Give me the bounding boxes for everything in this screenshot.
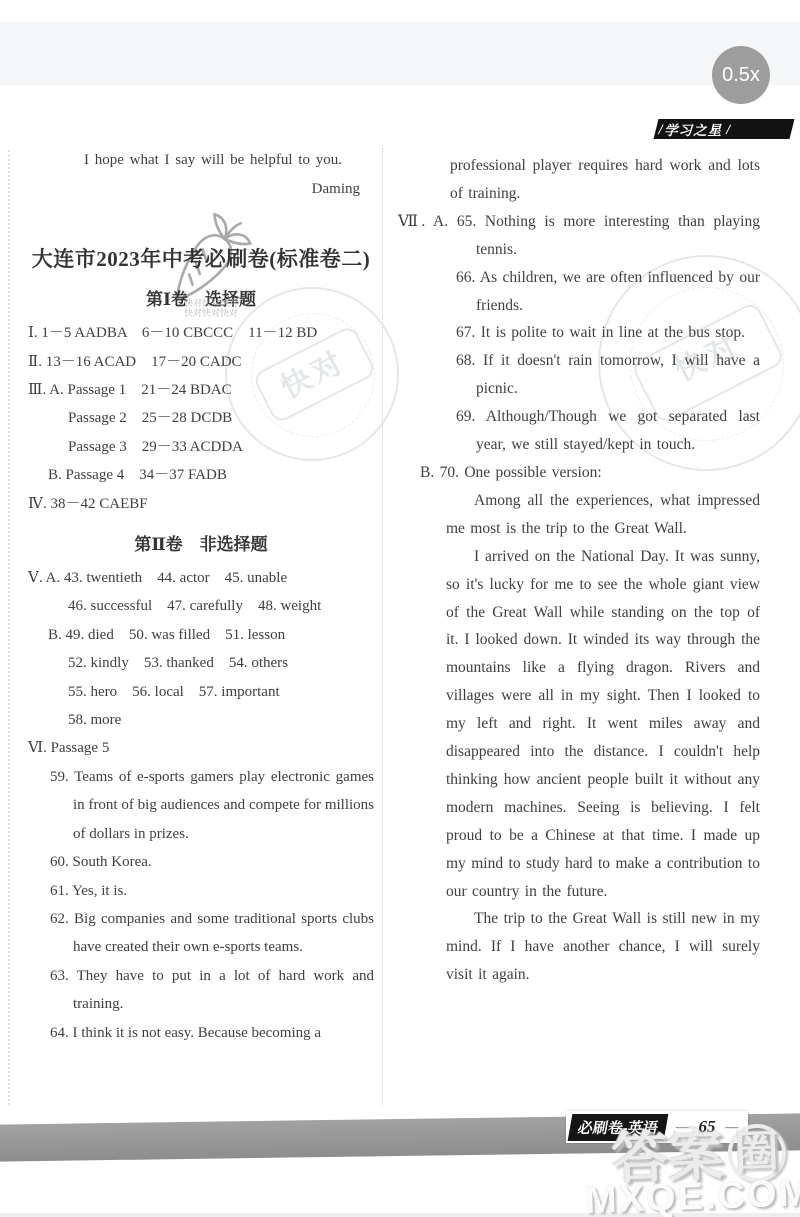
intro-paragraph: I hope what I say will be helpful to you…	[28, 146, 374, 175]
site-watermark: MXQE.COM	[584, 1172, 800, 1217]
section-heading-part2: 第Ⅱ卷 非选择题	[28, 532, 374, 558]
answer-line: 64. I think it is not easy. Because beco…	[28, 1019, 374, 1047]
answer-block-right: professional player requires hard work a…	[398, 152, 760, 989]
right-column: professional player requires hard work a…	[398, 152, 760, 989]
answer-line: 69. Although/Though we got separated las…	[398, 403, 760, 459]
left-column: I hope what I say will be helpful to you…	[28, 146, 374, 1047]
answer-line: 67. It is polite to wait in line at the …	[398, 319, 760, 347]
answer-line: 52. kindly 53. thanked 54. others	[28, 649, 374, 677]
answer-line: Ⅶ. A. 65. Nothing is more interesting th…	[398, 208, 760, 264]
answer-line: 55. hero 56. local 57. important	[28, 678, 374, 706]
answer-line: I arrived on the National Day. It was su…	[398, 543, 760, 906]
answer-line: Passage 2 25－28 DCDB	[28, 404, 374, 432]
answer-line: Ⅰ. 1－5 AADBA 6－10 CBCCC 11－12 BD	[28, 319, 374, 347]
scanned-answer-page: 0.5x / 学习之星 / 快对 快对 快对快对快对 快对快对快对 I hop	[0, 0, 800, 1217]
answer-line: 59. Teams of e-sports gamers play electr…	[28, 763, 374, 848]
answer-line: Among all the experiences, what impresse…	[398, 487, 760, 543]
signature: Daming	[28, 175, 374, 204]
study-star-banner: / 学习之星 /	[654, 119, 795, 139]
answer-line: 63. They have to put in a lot of hard wo…	[28, 962, 374, 1019]
watermark-line: 快对快对快对	[146, 298, 276, 308]
kuaidui-text-watermark: 快对快对快对 快对快对快对	[146, 298, 276, 318]
answer-line: 46. successful 47. carefully 48. weight	[28, 592, 374, 620]
answer-line: Passage 3 29－33 ACDDA	[28, 433, 374, 461]
answer-line: 66. As children, we are often influenced…	[398, 264, 760, 320]
answer-line: B. 49. died 50. was filled 51. lesson	[28, 621, 374, 649]
zoom-level-badge[interactable]: 0.5x	[712, 46, 770, 104]
answer-line: 62. Big companies and some traditional s…	[28, 905, 374, 962]
spacer	[28, 203, 374, 245]
answer-block-part1: Ⅰ. 1－5 AADBA 6－10 CBCCC 11－12 BDⅡ. 13－16…	[28, 319, 374, 518]
answer-line: Ⅴ. A. 43. twentieth 44. actor 45. unable	[28, 564, 374, 592]
top-strip	[0, 22, 800, 85]
answer-line: 58. more	[28, 706, 374, 734]
answer-block-part2: Ⅴ. A. 43. twentieth 44. actor 45. unable…	[28, 564, 374, 1047]
column-divider	[382, 148, 383, 1106]
answer-line: Ⅵ. Passage 5	[28, 734, 374, 762]
answer-line: professional player requires hard work a…	[398, 152, 760, 208]
answer-line: Ⅳ. 38－42 CAEBF	[28, 490, 374, 518]
answer-line: B. Passage 4 34－37 FADB	[28, 461, 374, 489]
answer-line: Ⅲ. A. Passage 1 21－24 BDAC	[28, 376, 374, 404]
answer-line: B. 70. One possible version:	[398, 459, 760, 487]
watermark-line: 快对快对快对	[146, 308, 276, 318]
banner-slash: /	[725, 122, 732, 137]
answer-line: Ⅱ. 13－16 ACAD 17－20 CADC	[28, 348, 374, 376]
banner-label: 学习之星	[663, 119, 726, 139]
answer-line: 61. Yes, it is.	[28, 877, 374, 905]
answer-line: 68. If it doesn't rain tomorrow, I will …	[398, 347, 760, 403]
answer-line: The trip to the Great Wall is still new …	[398, 905, 760, 989]
page-left-dotted-edge	[8, 150, 10, 1105]
answer-line: 60. South Korea.	[28, 848, 374, 876]
paper-title: 大连市2023年中考必刷卷(标准卷二)	[28, 245, 374, 273]
